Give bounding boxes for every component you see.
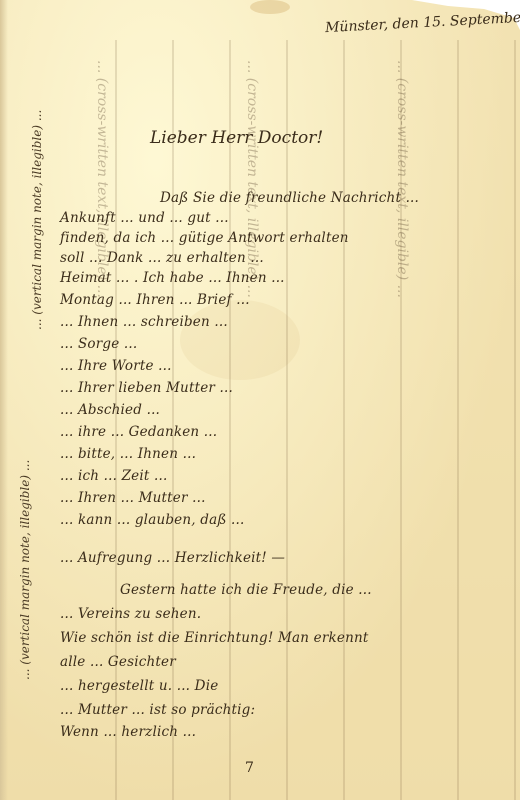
- body-line: soll ... Dank ... zu erhalten ...: [60, 250, 264, 266]
- body-line: finden, da ich ... gütige Antwort erhalt…: [60, 230, 349, 246]
- body-line: ... Aufregung ... Herzlichkeit! —: [60, 550, 285, 566]
- body-line: ... ihre ... Gedanken ...: [60, 424, 217, 440]
- body-line: ... Ihnen ... schreiben ...: [60, 314, 228, 330]
- top-left-margin-note: ... (vertical margin note, illegible) ..…: [30, 110, 44, 330]
- body-line: ... Ihren ... Mutter ...: [60, 490, 206, 506]
- stain: [250, 0, 290, 14]
- body-line: Ankunft ... und ... gut ...: [60, 210, 229, 226]
- stain: [180, 300, 300, 380]
- body-line: Heimat ... . Ich habe ... Ihnen ...: [60, 270, 285, 286]
- letter-page: ... (cross-written text, illegible) ... …: [0, 0, 520, 800]
- body-line: ... Ihrer lieben Mutter ...: [60, 380, 233, 396]
- left-margin-note: ... (vertical margin note, illegible) ..…: [18, 460, 32, 680]
- body-line: ... Vereins zu sehen.: [60, 606, 201, 622]
- body-line: Gestern hatte ich die Freude, die ...: [120, 582, 372, 598]
- body-line: ... kann ... glauben, daß ...: [60, 512, 245, 528]
- body-line: ... Abschied ...: [60, 402, 160, 418]
- paper-edge: [0, 0, 8, 800]
- body-line: alle ... Gesichter: [60, 654, 176, 670]
- body-line: Wie schön ist die Einrichtung! Man erken…: [60, 630, 369, 646]
- body-line: Wenn ... herzlich ...: [60, 724, 196, 740]
- body-line: ... Sorge ...: [60, 336, 137, 352]
- body-line: ... hergestellt u. ... Die: [60, 678, 218, 694]
- page-number: 7: [245, 760, 254, 776]
- cross-written-text: ... (cross-written text, illegible) ...: [394, 60, 410, 298]
- body-line: Daß Sie die freundliche Nachricht ...: [160, 190, 419, 206]
- body-line: ... bitte, ... Ihnen ...: [60, 446, 196, 462]
- body-line: ... Mutter ... ist so prächtig:: [60, 702, 255, 718]
- place-date: Münster, den 15. September 18..: [325, 8, 520, 36]
- body-line: ... ich ... Zeit ...: [60, 468, 167, 484]
- body-line: ... Ihre Worte ...: [60, 358, 172, 374]
- salutation: Lieber Herr Doctor!: [150, 128, 323, 148]
- body-line: Montag ... Ihren ... Brief ...: [60, 292, 250, 308]
